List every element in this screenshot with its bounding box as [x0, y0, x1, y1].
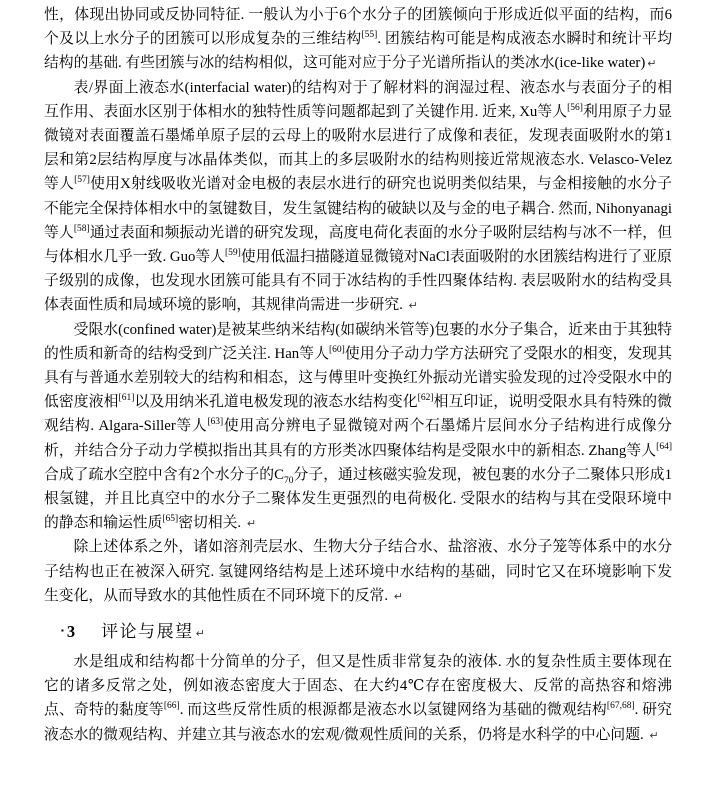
paragraphs-before-heading: 性，体现出协同或反协同特征. 一般认为小于6个水分子的团簇倾向于形成近似平面的结…	[44, 3, 672, 608]
reference-marker: [62]	[418, 393, 434, 403]
line-break-mark: ↵	[649, 729, 658, 742]
reference-marker: [65]	[162, 514, 178, 524]
paragraph: 性，体现出协同或反协同特征. 一般认为小于6个水分子的团簇倾向于形成近似平面的结…	[44, 3, 672, 76]
reference-marker: [60]	[329, 345, 345, 355]
reference-marker: [67,68]	[607, 702, 635, 712]
paragraph: 水是组成和结构都十分简单的分子，但又是性质非常复杂的液体. 水的复杂性质主要体现…	[44, 650, 672, 747]
line-break-mark: ↵	[647, 57, 656, 70]
paragraph: 除上述体系之外，诸如溶剂壳层水、生物大分子结合水、盐溶液、水分子笼等体系中的水分…	[44, 535, 672, 608]
reference-marker: [56]	[567, 103, 583, 113]
line-break-mark: ↵	[247, 517, 256, 530]
paragraph: 表/界面上液态水(interfacial water)的结构对于了解材料的润湿过…	[44, 76, 672, 318]
reference-marker: [66]	[164, 702, 180, 712]
subscript-text: 70	[284, 476, 294, 486]
reference-marker: [64]	[656, 442, 672, 452]
reference-marker: [63]	[207, 418, 223, 428]
paragraph: 受限水(confined water)是被某些纳米结构(如碳纳米管等)包裹的水分…	[44, 318, 672, 536]
reference-marker: [61]	[119, 393, 135, 403]
section-bullet-icon: ▪	[61, 626, 64, 635]
section-heading: ▪3评论与展望↵	[61, 617, 672, 647]
line-break-mark: ↵	[394, 590, 403, 603]
line-break-mark: ↵	[409, 299, 418, 312]
reference-marker: [57]	[74, 176, 90, 186]
reference-marker: [55]	[362, 30, 378, 40]
document-page: 性，体现出协同或反协同特征. 一般认为小于6个水分子的团簇倾向于形成近似平面的结…	[0, 0, 714, 788]
line-break-mark: ↵	[196, 627, 205, 640]
reference-marker: [58]	[74, 224, 90, 234]
reference-marker: [59]	[225, 248, 241, 258]
section-title: 评论与展望	[101, 622, 194, 642]
paragraphs-after-heading: 水是组成和结构都十分简单的分子，但又是性质非常复杂的液体. 水的复杂性质主要体现…	[44, 650, 672, 747]
section-number: 3	[67, 622, 75, 641]
